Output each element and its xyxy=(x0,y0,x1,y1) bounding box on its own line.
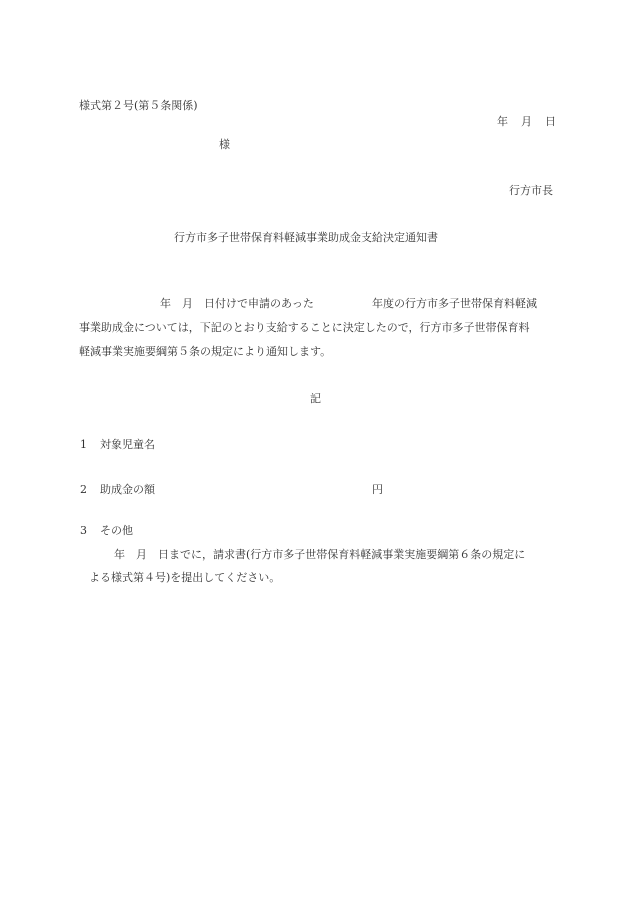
item-label: 助成金の額 xyxy=(100,484,155,495)
item-label: 対象児童名 xyxy=(100,439,155,450)
item-number: 3 xyxy=(80,525,87,536)
body-line-1a: 年 月 日付けで申請のあった xyxy=(160,298,314,309)
other-text-line-1: 年 月 日までに，請求書(行方市多子世帯保育料軽減事業実施要綱第６条の規定に xyxy=(114,549,525,560)
document-title: 行方市多子世帯保育料軽減事業助成金支給決定通知書 xyxy=(174,232,438,243)
item-number: 2 xyxy=(80,484,87,495)
body-line-2: 事業助成金については，下記のとおり支給することに決定したので，行方市多子世帯保育… xyxy=(79,322,530,333)
form-number: 様式第２号(第５条関係) xyxy=(79,100,198,111)
addressee-suffix: 様 xyxy=(219,139,230,150)
amount-unit: 円 xyxy=(372,484,383,495)
item-label: その他 xyxy=(100,525,133,536)
ki-heading: 記 xyxy=(310,393,321,404)
item-number: 1 xyxy=(80,439,87,450)
body-line-1b: 年度の行方市多子世帯保育料軽減 xyxy=(372,298,537,309)
body-line-3: 軽減事業実施要綱第５条の規定により通知します。 xyxy=(79,346,331,357)
date-line: 年 月 日 xyxy=(497,116,557,127)
issuer: 行方市長 xyxy=(509,185,553,196)
other-text-line-2: よる様式第４号)を提出してください。 xyxy=(89,572,280,583)
